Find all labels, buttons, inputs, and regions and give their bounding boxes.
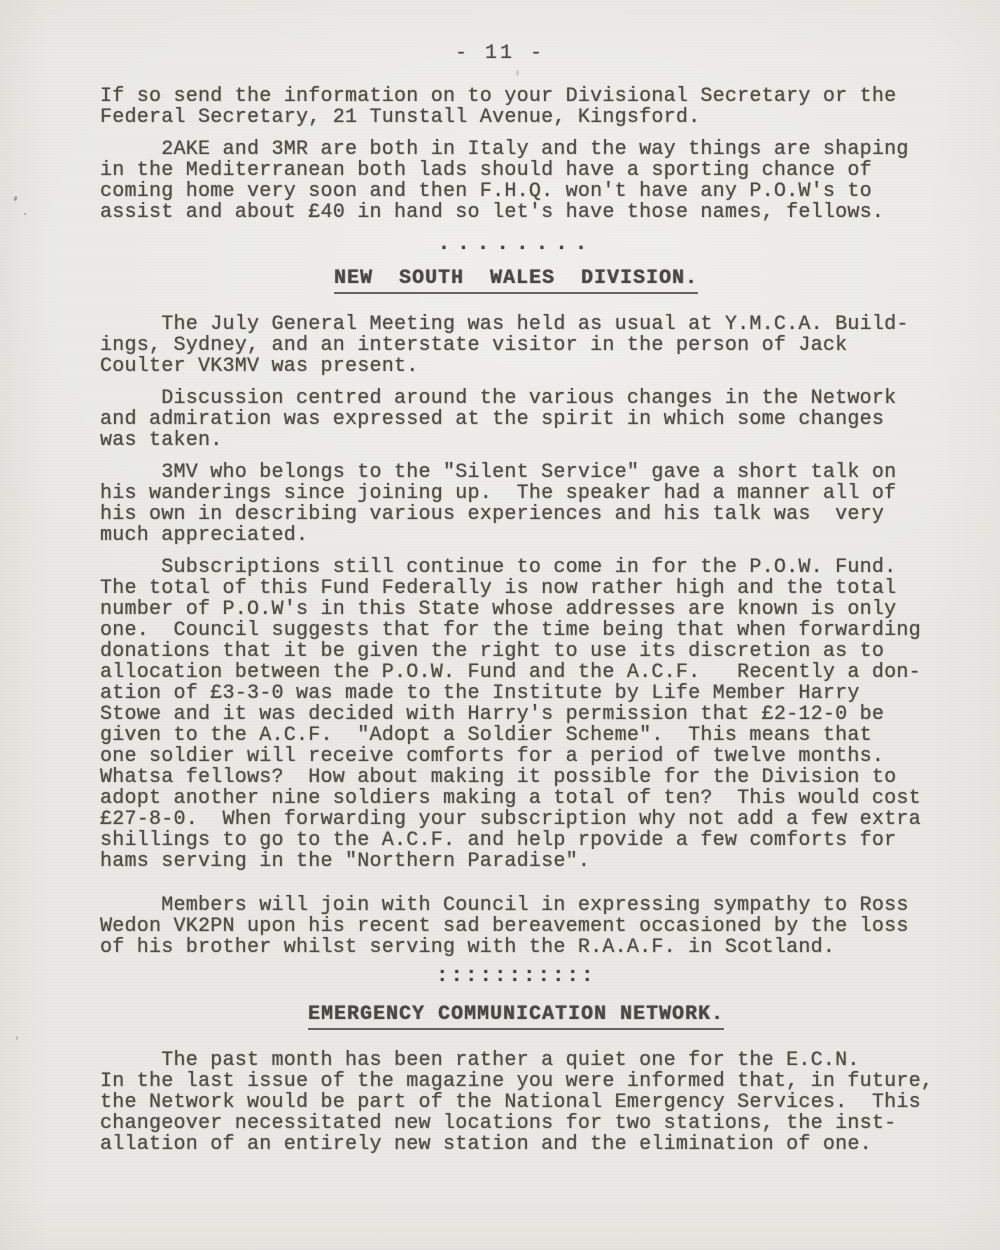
scanned-document-page: - 11 - If so send the information on to … (0, 0, 1000, 1250)
intro-paragraph-2: 2AKE and 3MR are both in Italy and the w… (100, 139, 932, 223)
nsw-division-heading-text: NEW SOUTH WALES DIVISION. (334, 267, 698, 294)
paper-speck (516, 70, 519, 76)
nsw-paragraph-silent-service: 3MV who belongs to the "Silent Service" … (100, 462, 932, 546)
nsw-paragraph-discussion: Discussion centred around the various ch… (100, 388, 932, 451)
colon-separator: ::::::::::: (100, 966, 932, 987)
nsw-division-heading: NEW SOUTH WALES DIVISION. (100, 267, 932, 294)
page-number: - 11 - (0, 42, 1000, 65)
paper-speck (24, 213, 26, 215)
paper-speck (13, 196, 18, 202)
intro-paragraph-1: If so send the information on to your Di… (100, 86, 932, 128)
paper-speck (16, 1036, 18, 1040)
nsw-paragraph-meeting: The July General Meeting was held as usu… (100, 314, 932, 377)
nsw-paragraph-sympathy: Members will join with Council in expres… (100, 895, 932, 958)
nsw-paragraph-pow-fund: Subscriptions still continue to come in … (100, 557, 932, 872)
ecn-heading-text: EMERGENCY COMMUNICATION NETWORK. (308, 1003, 724, 1030)
ecn-paragraph-1: The past month has been rather a quiet o… (100, 1050, 932, 1155)
dot-separator: ........ (100, 234, 932, 255)
ecn-heading: EMERGENCY COMMUNICATION NETWORK. (100, 1003, 932, 1030)
page-body: If so send the information on to your Di… (100, 86, 932, 1166)
